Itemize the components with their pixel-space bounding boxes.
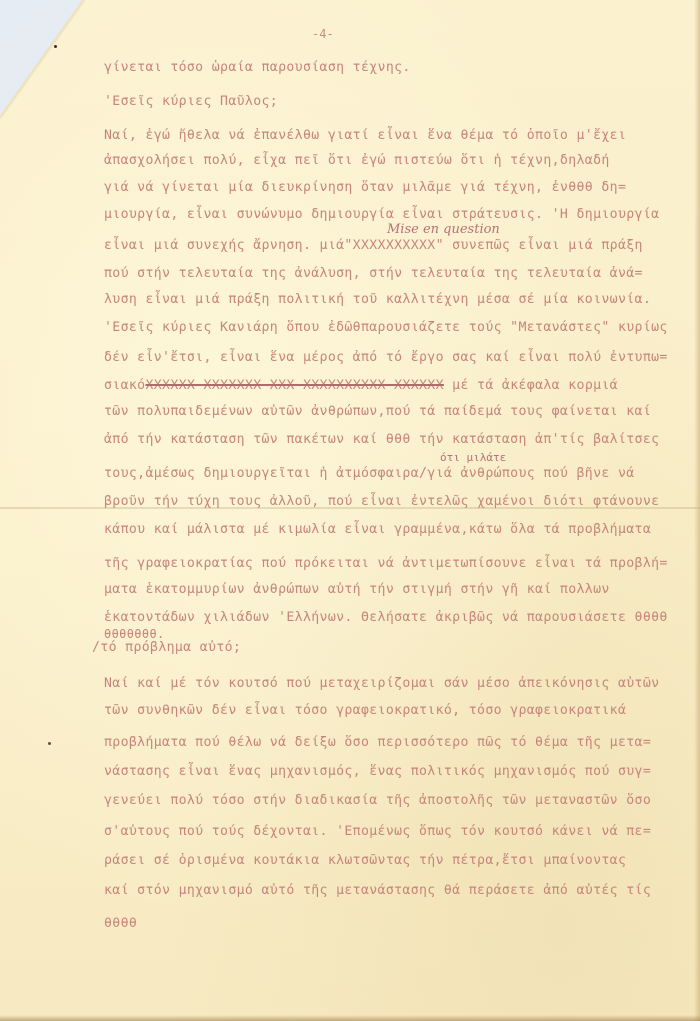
- typed-insertion-oti-milate: ότι μιλάτε: [440, 451, 506, 464]
- paper-speck: [54, 45, 57, 48]
- paper-bottom-edge: [0, 1015, 700, 1021]
- text-line: κάπου καί μάλιστα μέ κιμωλία εἶναι γραμμ…: [104, 522, 651, 538]
- text-line: τῶν πολυπαιδεμένων αὐτῶν ἀνθρώπων,πού τά…: [104, 404, 651, 420]
- page-number: -4-: [312, 27, 334, 41]
- text-line: λυση εἶναι μιά πράξη πολιτική τοῦ καλλιτ…: [104, 292, 651, 308]
- text-line: 'Εσεῖς κύριες Παῦλος;: [104, 94, 278, 110]
- text-line: ματα ἑκατομμυρίων ἀνθρώπων αὐτή τήν στιγ…: [104, 582, 610, 598]
- text-line: ράσει σέ ὁρισμένα κουτάκια κλωτσῶντας τή…: [104, 853, 626, 869]
- text-line-with-strikethrough: σιακόΧΧΧΧΧΧ-ΧΧΧΧΧΧΧ-ΧΧΧ-ΧΧΧΧΧΧΧΧΧΧ-ΧΧΧΧΧ…: [104, 378, 618, 394]
- text-line: ἑκατοντάδων χιλιάδων 'Ελλήνων. Θελήσατε …: [104, 610, 668, 626]
- text-line: βροῦν τήν τύχη τους ἀλλοῦ, πού εἶναι ἐντ…: [104, 494, 659, 510]
- text-line: καί στόν μηχανισμό αὐτό τῆς μετανάστασης…: [104, 883, 651, 899]
- text-line: νάστασης εἶναι ἕνας μηχανισμός, ἕνας πολ…: [104, 764, 651, 780]
- text-line: γίνεται τόσο ὡραία παρουσίαση τέχνης.: [104, 60, 411, 76]
- paper-right-edge: [694, 0, 700, 1021]
- text-line: προβλήματα πού θέλω νά δείξω ὅσο περισσό…: [104, 735, 651, 751]
- text-line: /τό πρόβλημα αὐτό;: [92, 640, 241, 656]
- typewritten-page: -4- γίνεται τόσο ὡραία παρουσίαση τέχνης…: [0, 0, 700, 1021]
- text-fragment: σιακό: [104, 378, 145, 393]
- text-line: Ναί, ἐγώ ἤθελα νά ἐπανέλθω γιατί εἶναι ἕ…: [104, 128, 626, 144]
- text-line: τους,ἀμέσως δημιουργεῖται ἡ ἀτμόσφαιρα/γ…: [104, 466, 635, 482]
- text-line: τῶν συνθηκῶν δέν εἶναι τόσο γραφειοκρατι…: [104, 703, 626, 719]
- text-line: σ'αὐτους πού τούς δέχονται. 'Επομένως ὅπ…: [104, 824, 651, 840]
- text-line: θθθθ: [104, 916, 137, 932]
- paper-speck: [48, 742, 51, 745]
- text-line: ἀπό τήν κατάσταση τῶν πακέτων καί θθθ τή…: [104, 432, 659, 448]
- text-line: δέν εἶν'ἔτσι, εἶναι ἕνα μέρος ἀπό τό ἔργ…: [104, 350, 668, 366]
- text-line: Ναί καί μέ τόν κουτσό πού μεταχειρίζομαι…: [104, 676, 659, 692]
- text-line: γιά νά γίνεται μία διευκρίνηση ὅταν μιλᾶ…: [104, 180, 626, 196]
- handwritten-annotation-mise-en-question: Mise en question: [387, 222, 500, 237]
- text-line: εἶναι μιά συνεχής ἄρνηση. μιά"ΧΧΧΧΧΧΧΧΧΧ…: [104, 238, 643, 254]
- text-line: 'Εσεῖς κύριες Κανιάρη ὅπου ἐδῶθπαρουσιάζ…: [104, 320, 668, 336]
- text-line: ἀπασχολήσει πολύ, εἶχα πεῖ ὅτι ἐγώ πιστε…: [104, 153, 610, 169]
- text-fragment: μέ τά ἀκέφαλα κορμιά: [444, 378, 618, 393]
- text-line: πού στήν τελευταία της ἀνάλυση, στήν τελ…: [104, 266, 643, 282]
- text-line: τῆς γραφειοκρατίας πού πρόκειται νά ἀντι…: [104, 556, 668, 572]
- struck-out-text: ΧΧΧΧΧΧ-ΧΧΧΧΧΧΧ-ΧΧΧ-ΧΧΧΧΧΧΧΧΧΧ-ΧΧΧΧΧΧ: [145, 378, 443, 393]
- text-line: μιουργία, εἶναι συνώνυμο δημιουργία εἶνα…: [104, 207, 659, 223]
- text-line: γενεύει πολύ τόσο στήν διαδικασία τῆς ἀπ…: [104, 793, 651, 809]
